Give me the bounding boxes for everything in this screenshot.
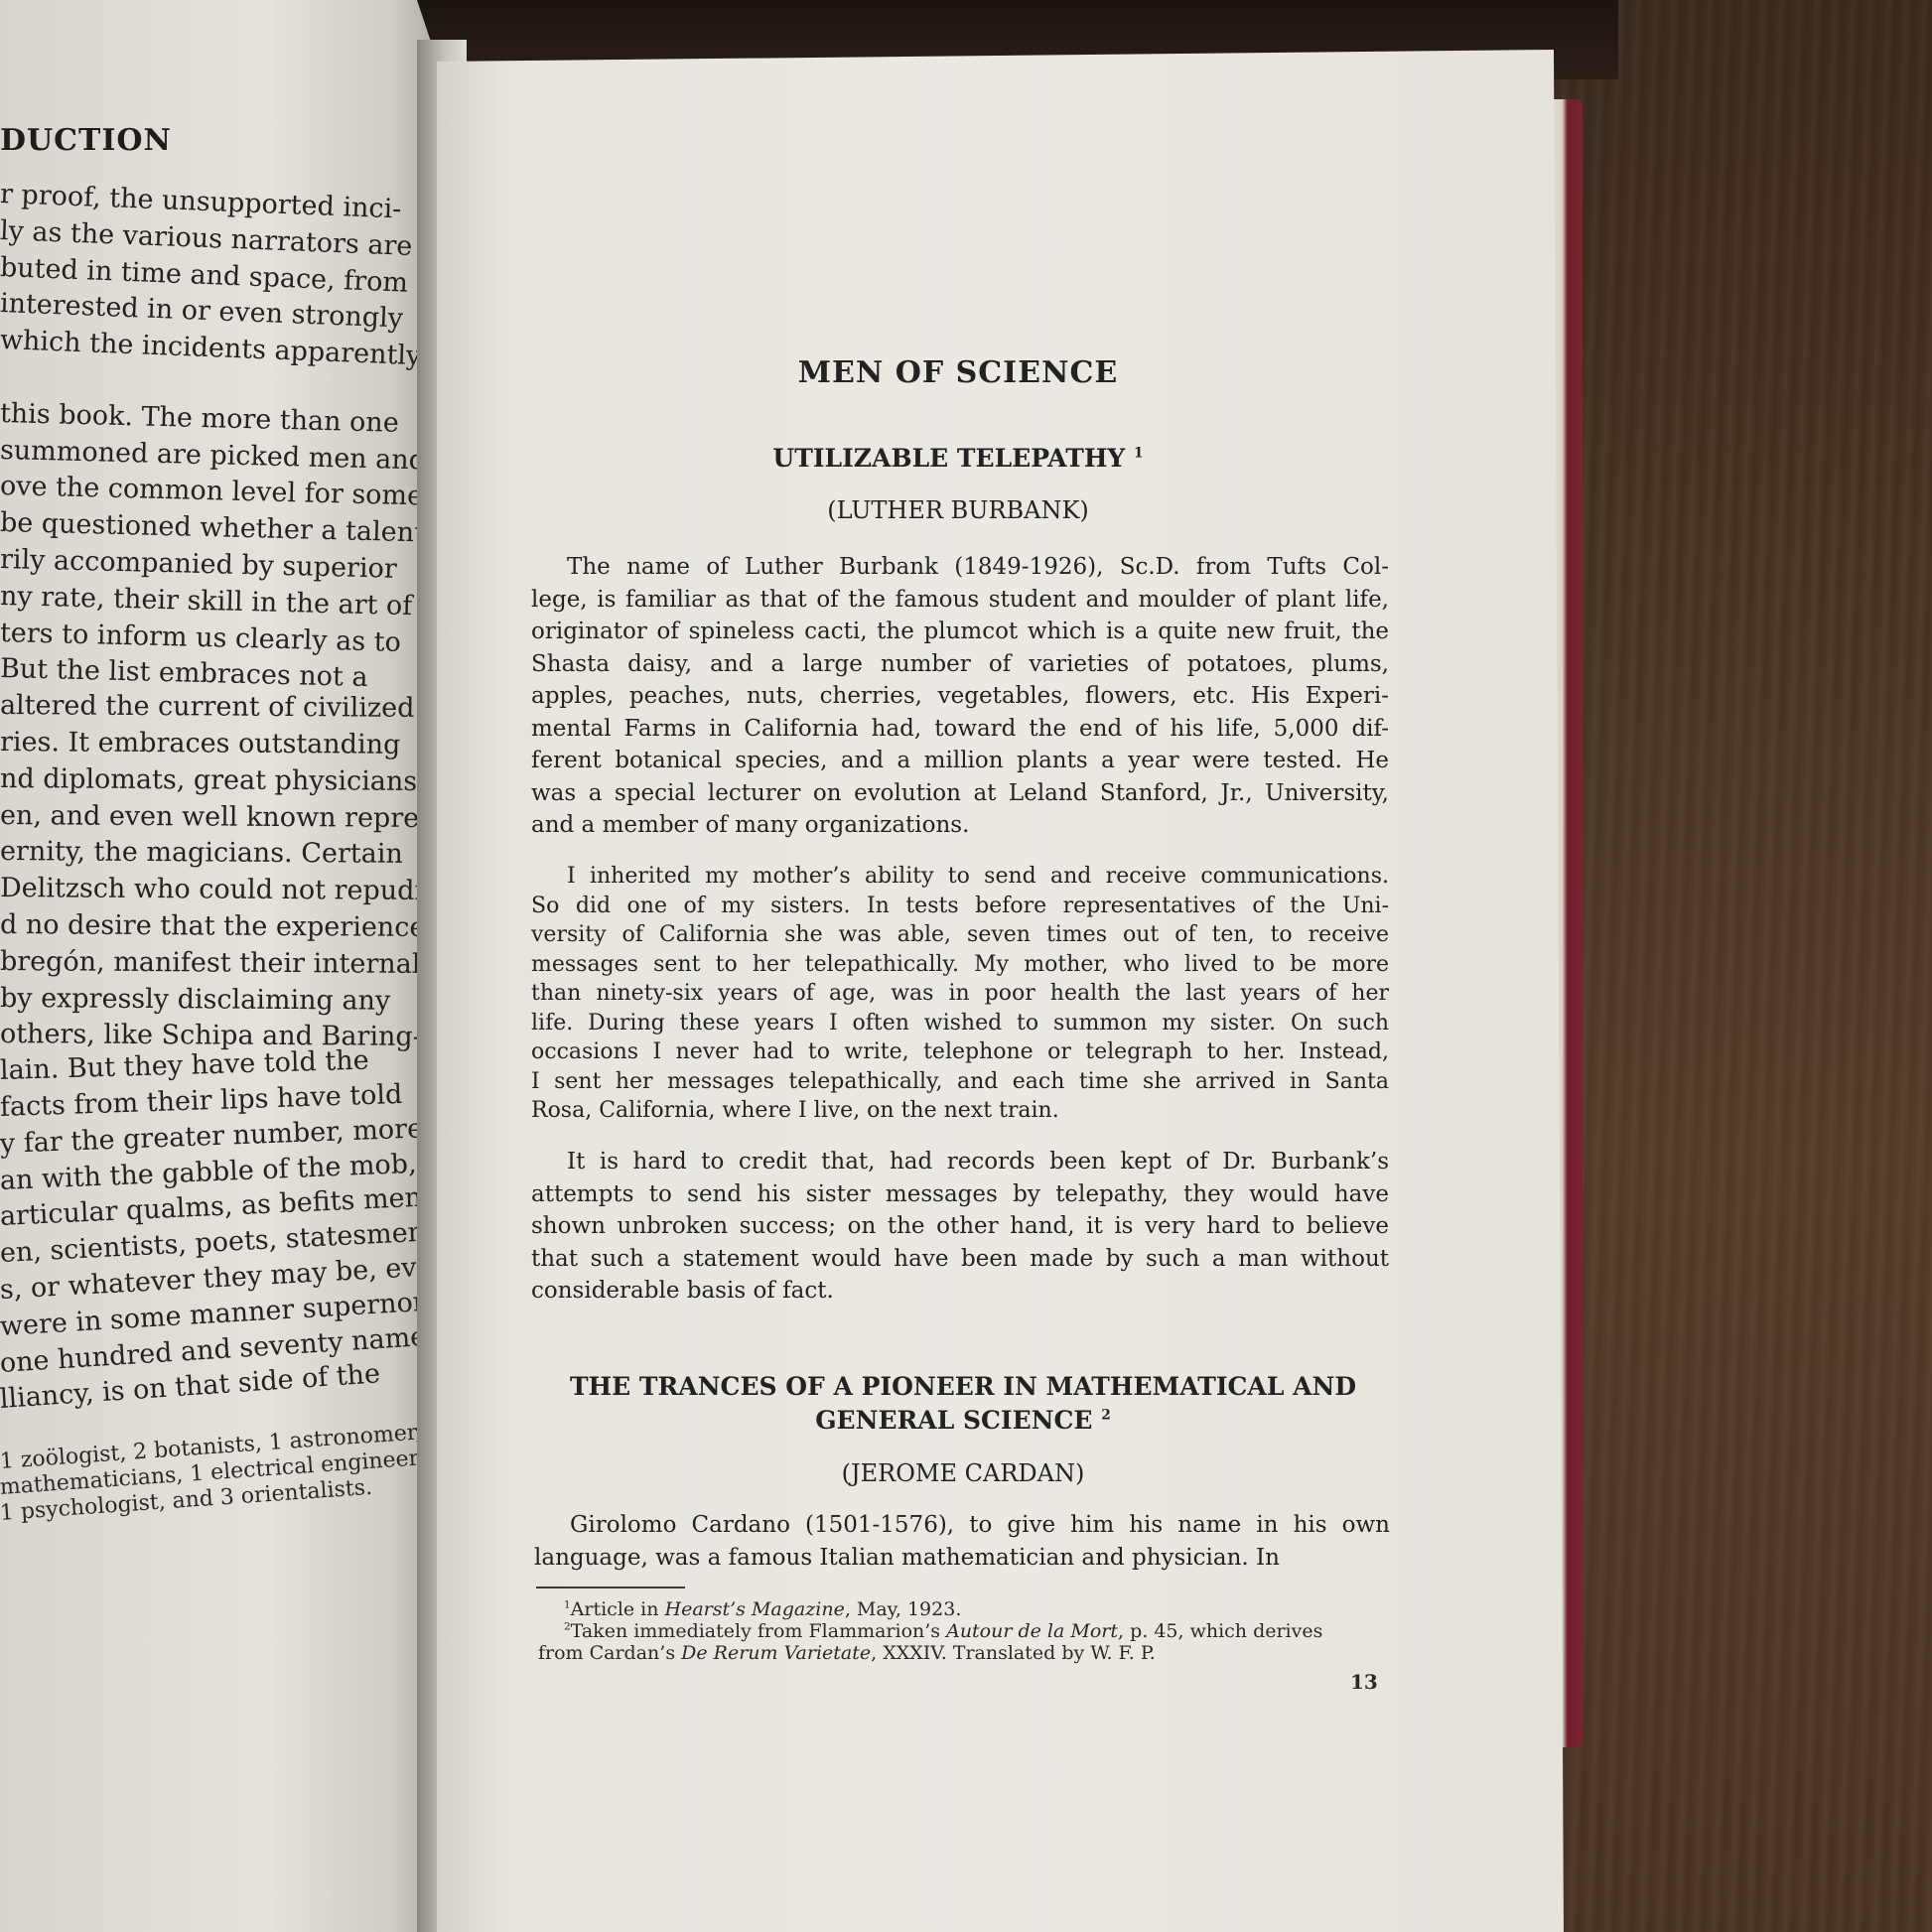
text-line: The name of Luther Burbank (1849-1926), … bbox=[531, 551, 1389, 584]
article-title: UTILIZABLE TELEPATHY 1 bbox=[437, 444, 1479, 473]
text-line: attempts to send his sister messages by … bbox=[531, 1178, 1389, 1211]
text-line: shown unbroken success; on the other han… bbox=[531, 1210, 1389, 1243]
text-line: apples, peaches, nuts, cherries, vegetab… bbox=[531, 680, 1389, 713]
text-line: lege, is familiar as that of the famous … bbox=[531, 584, 1389, 617]
italic-title: De Rerum Varietate bbox=[681, 1642, 871, 1664]
footnote: from Cardan’s De Rerum Varietate, XXXIV.… bbox=[538, 1642, 1156, 1664]
text-line: life. During these years I often wished … bbox=[531, 1009, 1389, 1038]
italic-title: Hearst’s Magazine bbox=[665, 1598, 845, 1620]
text-line: and a member of many organizations. bbox=[531, 809, 1389, 842]
text-line: Shasta daisy, and a large number of vari… bbox=[531, 648, 1389, 681]
text-line: that such a statement would have been ma… bbox=[531, 1243, 1389, 1276]
text-line: language, was a famous Italian mathemati… bbox=[534, 1542, 1390, 1575]
text-line: versity of California she was able, seve… bbox=[531, 920, 1389, 950]
text-line: considerable basis of fact. bbox=[531, 1275, 1389, 1308]
text-line: Girolomo Cardano (1501-1576), to give hi… bbox=[534, 1509, 1390, 1542]
text-line: Rosa, California, where I live, on the n… bbox=[531, 1096, 1389, 1126]
text-line: So did one of my sisters. In tests befor… bbox=[531, 892, 1389, 921]
paragraph: I inherited my mother’s ability to send … bbox=[531, 862, 1389, 1126]
text-line: was a special lecturer on evolution at L… bbox=[531, 777, 1389, 810]
footnote-ref: 2 bbox=[1101, 1408, 1111, 1424]
text-line: ferent botanical species, and a million … bbox=[531, 745, 1389, 777]
footnote-ref: 1 bbox=[1134, 446, 1144, 462]
footnote-mark: 2 bbox=[564, 1621, 571, 1633]
page-number: 13 bbox=[1350, 1670, 1378, 1694]
right-page-content: MEN OF SCIENCE UTILIZABLE TELEPATHY 1 (L… bbox=[0, 0, 1932, 1932]
footnote: 2Taken immediately from Flammarion’s Aut… bbox=[564, 1620, 1322, 1642]
italic-title: Autour de la Mort bbox=[946, 1620, 1118, 1642]
paragraph: It is hard to credit that, had records b… bbox=[531, 1146, 1389, 1308]
text-line: originator of spineless cacti, the plumc… bbox=[531, 616, 1389, 648]
section-title: MEN OF SCIENCE bbox=[437, 355, 1479, 390]
paragraph: Girolomo Cardano (1501-1576), to give hi… bbox=[534, 1509, 1390, 1574]
footnote-rule bbox=[536, 1587, 685, 1588]
text-line: mental Farms in California had, toward t… bbox=[531, 713, 1389, 746]
paragraph: The name of Luther Burbank (1849-1926), … bbox=[531, 551, 1389, 842]
text-line: messages sent to her telepathically. My … bbox=[531, 950, 1389, 980]
text-line: I sent her messages telepathically, and … bbox=[531, 1067, 1389, 1097]
footnote-mark: 1 bbox=[564, 1599, 571, 1611]
article-author: (JEROME CARDAN) bbox=[536, 1459, 1390, 1487]
text-line: It is hard to credit that, had records b… bbox=[531, 1146, 1389, 1178]
article-author: (LUTHER BURBANK) bbox=[437, 496, 1479, 524]
text-line: I inherited my mother’s ability to send … bbox=[531, 862, 1389, 892]
text-line: occasions I never had to write, telephon… bbox=[531, 1037, 1389, 1067]
footnote: 1Article in Hearst’s Magazine, May, 1923… bbox=[564, 1598, 961, 1620]
article-title: THE TRANCES OF A PIONEER IN MATHEMATICAL… bbox=[536, 1370, 1390, 1438]
text-line: than ninety-six years of age, was in poo… bbox=[531, 979, 1389, 1009]
